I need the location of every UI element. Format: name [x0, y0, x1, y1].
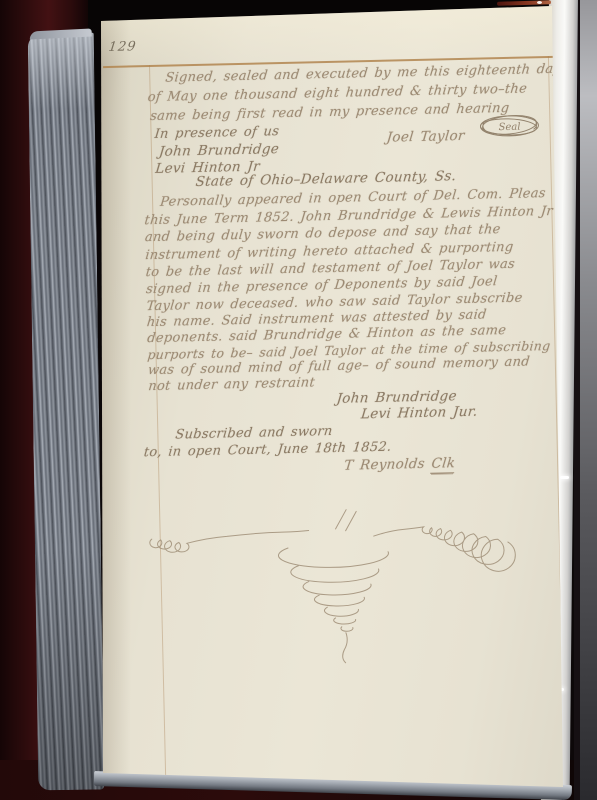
coil-flourish-icon — [374, 525, 516, 574]
pen-doodles — [137, 476, 572, 696]
probate-line: not under any restraint — [148, 375, 316, 394]
book-photograph: 129 Signed, sealed and executed by me th… — [0, 0, 597, 800]
seal-scribble-icon: Seal — [476, 110, 543, 141]
seal-label: Seal — [498, 122, 520, 133]
deponent-signature: Levi Hinton Jur. — [360, 404, 478, 423]
clerk-name: T Reynolds — [343, 456, 425, 474]
page-number: 129 — [108, 39, 138, 55]
attestation-line: same being first read in my presence and… — [149, 101, 510, 124]
jurat-line: Subscribed and sworn — [175, 424, 334, 443]
spiral-funnel-doodle-icon — [278, 546, 391, 664]
clerk-title: Clk — [431, 455, 457, 474]
testator-signature: Joel Taylor — [386, 128, 466, 146]
manuscript-page: 129 Signed, sealed and executed by me th… — [97, 3, 563, 789]
page-content: 129 Signed, sealed and executed by me th… — [96, 0, 580, 794]
highlight-speck — [537, 1, 542, 4]
witness-signature: John Brundridge — [158, 141, 280, 160]
double-slash-icon — [335, 509, 356, 530]
page-edge-stack-left — [28, 33, 105, 791]
following-pages-edge — [580, 0, 597, 800]
clerk-signature: T Reynolds Clk — [343, 455, 456, 474]
strap-glint — [560, 476, 569, 479]
attestation-line: In presence of us — [154, 124, 280, 142]
cover-edge-sliver — [497, 0, 551, 6]
